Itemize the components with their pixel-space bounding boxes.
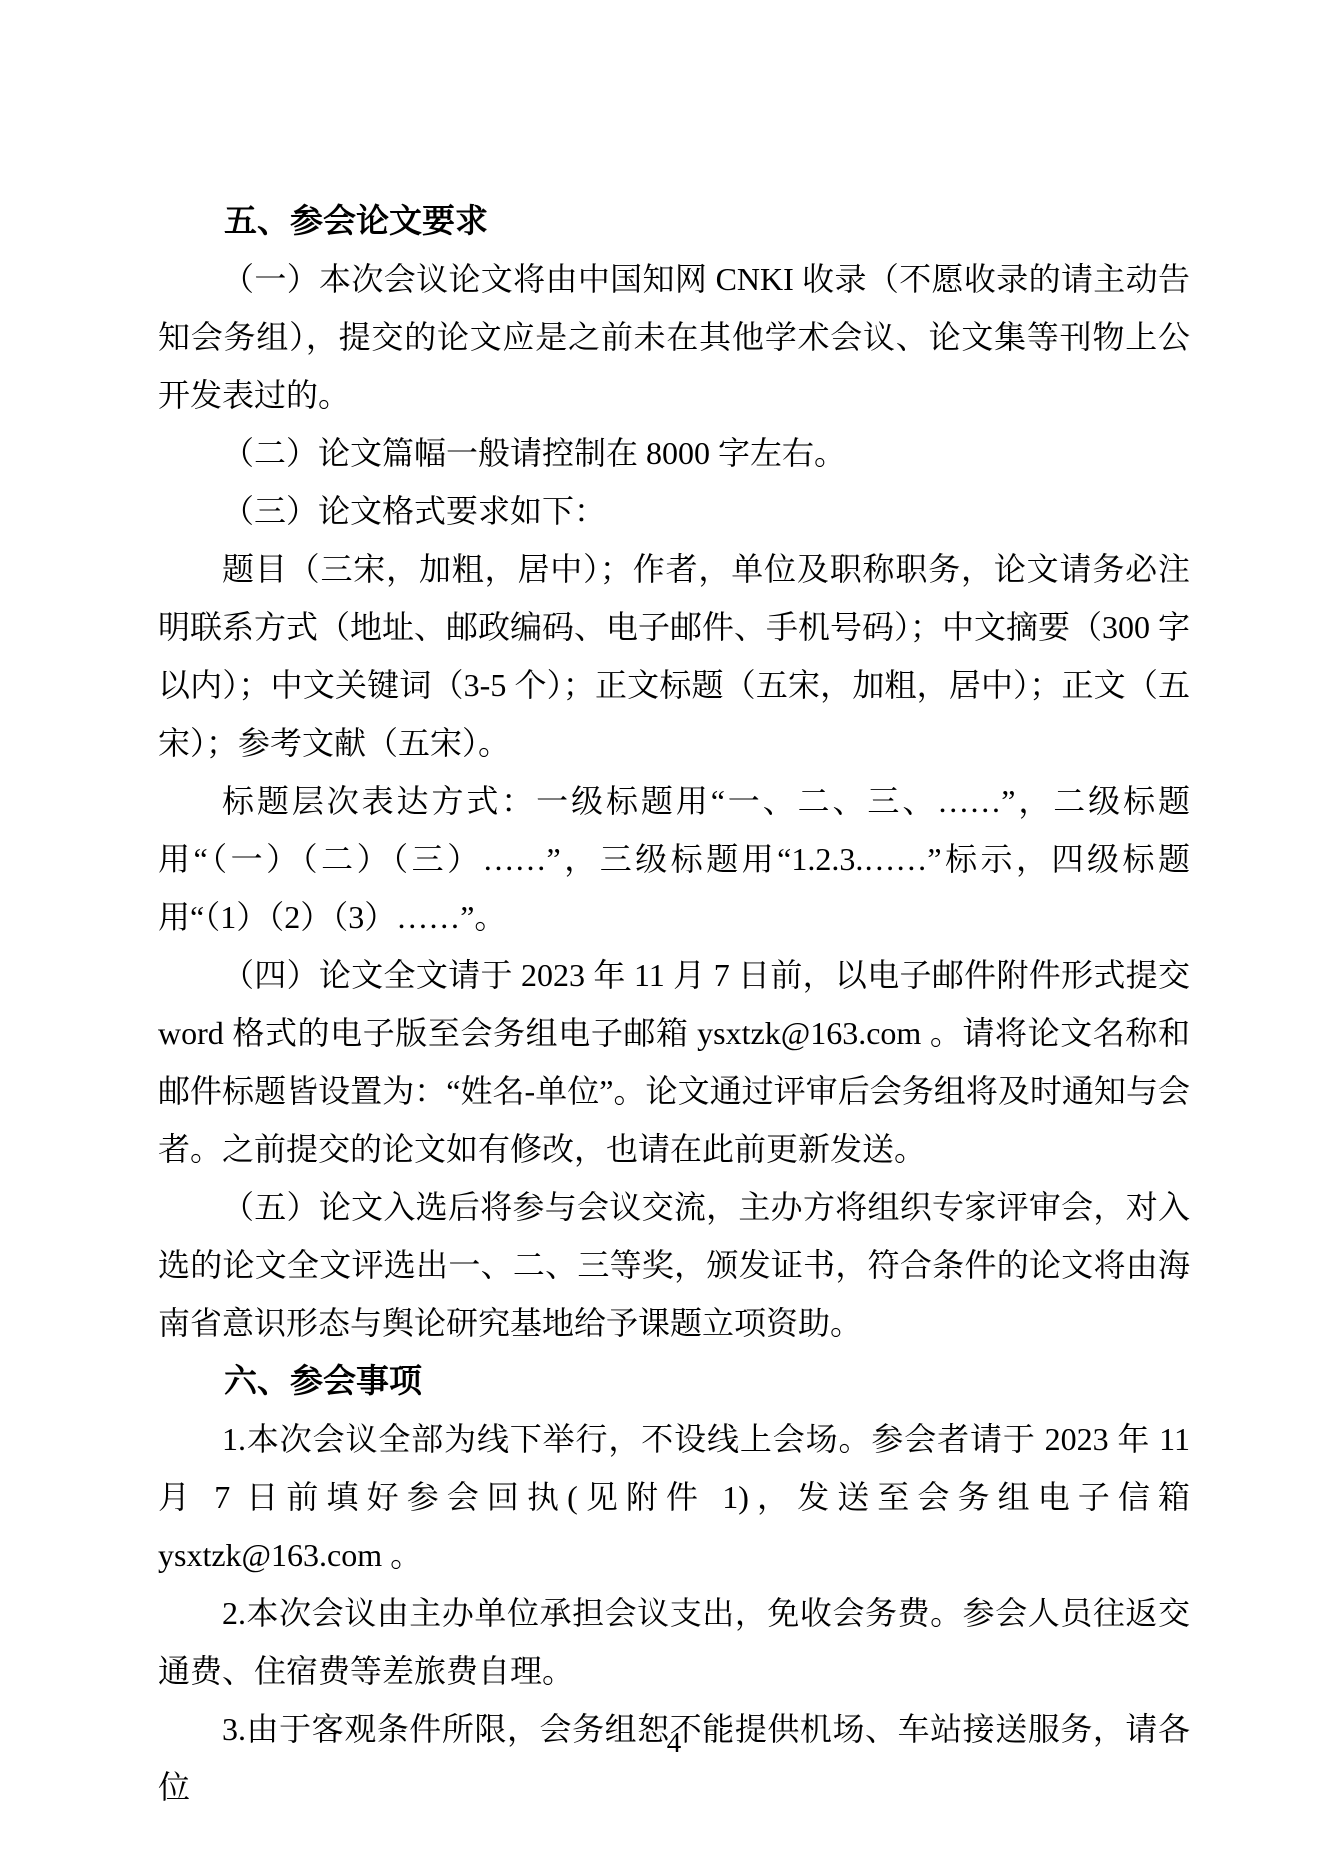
section-6-paragraph-2: 2.本次会议由主办单位承担会议支出，免收会务费。参会人员往返交通费、住宿费等差旅… <box>158 1584 1190 1700</box>
page-number: 4 <box>667 1727 682 1759</box>
section-5-paragraph-4: （四）论文全文请于 2023 年 11 月 7 日前，以电子邮件附件形式提交 w… <box>158 946 1190 1178</box>
section-5-paragraph-2: （二）论文篇幅一般请控制在 8000 字左右。 <box>158 424 1190 482</box>
section-5-paragraph-1: （一）本次会议论文将由中国知网 CNKI 收录（不愿收录的请主动告知会务组），提… <box>158 250 1190 424</box>
section-6-paragraph-1: 1.本次会议全部为线下举行，不设线上会场。参会者请于 2023 年 11 月 7… <box>158 1410 1190 1584</box>
section-5-paragraph-heading-levels: 标题层次表达方式：一级标题用“一、二、三、……”，二级标题用“（一）（二）（三）… <box>158 772 1190 946</box>
section-5-paragraph-5: （五）论文入选后将参与会议交流，主办方将组织专家评审会，对入选的论文全文评选出一… <box>158 1178 1190 1352</box>
section-6-heading: 六、参会事项 <box>158 1352 1190 1410</box>
page-footer: 4 <box>158 1726 1190 1760</box>
section-5-paragraph-3: （三）论文格式要求如下： <box>158 482 1190 540</box>
section-5-heading: 五、参会论文要求 <box>158 192 1190 250</box>
document-page: 五、参会论文要求 （一）本次会议论文将由中国知网 CNKI 收录（不愿收录的请主… <box>0 0 1323 1871</box>
document-content: 五、参会论文要求 （一）本次会议论文将由中国知网 CNKI 收录（不愿收录的请主… <box>158 192 1190 1816</box>
section-5-paragraph-format-requirements: 题目（三宋，加粗，居中）；作者，单位及职称职务，论文请务必注明联系方式（地址、邮… <box>158 540 1190 772</box>
